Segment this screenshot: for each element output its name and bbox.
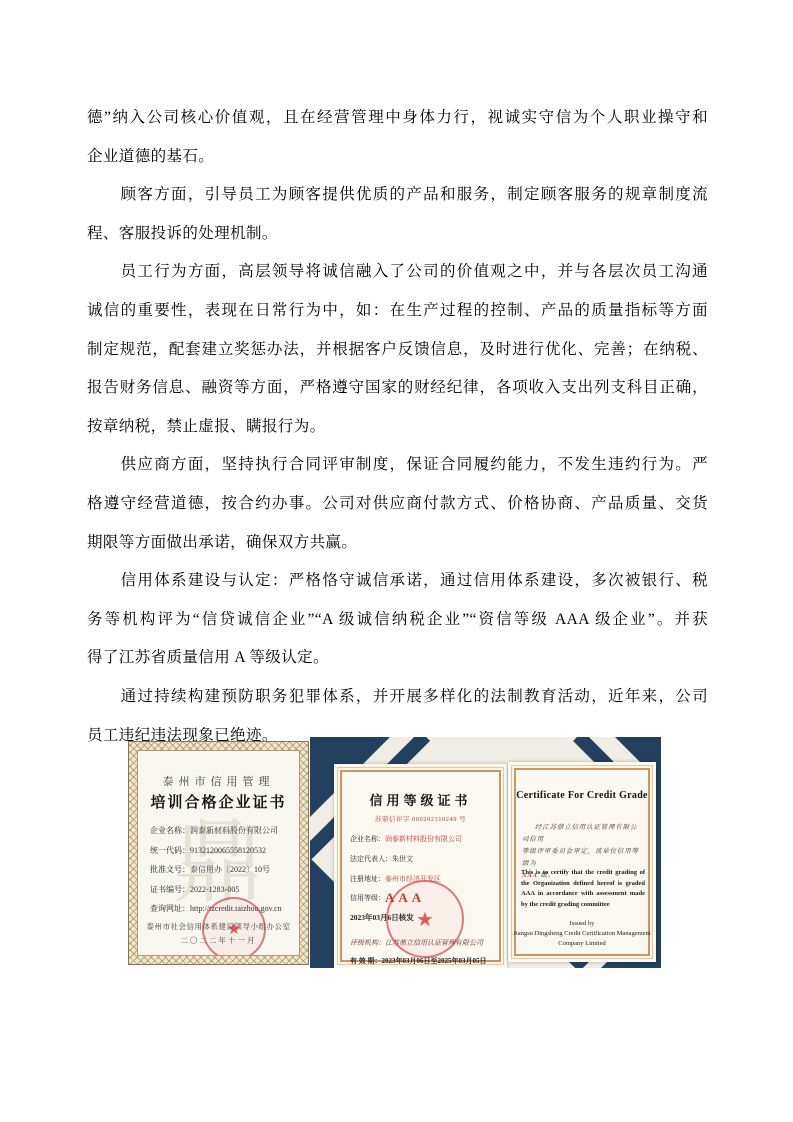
text-line: 信用体系建设与认定：严格恪守诚信承诺，通过信用体系建设，多次被银行、税: [87, 562, 708, 601]
validity-line: 有 效 期：2023年03月06日至2025年03月05日: [350, 956, 501, 966]
issuer-name-line1: Jiangsu Dingsheng Credit Certification M…: [508, 930, 656, 937]
field-value: 润泰新材料股份有限公司: [385, 835, 462, 843]
field-row: 查询网址：http://tzcredit.taizhou.gov.cn: [150, 899, 293, 919]
credit-grade-certificate-en: Certificate For Credit Grade 经江苏鼎立信用认证管理…: [508, 762, 656, 962]
field-label: 注册地址：: [350, 875, 385, 883]
field-label: 查询网址：: [150, 904, 190, 913]
issuer-name-line2: Company Limited: [508, 940, 656, 947]
text-line: 通过持续构建预防职务犯罪体系，并开展多样化的法制教育活动，近年来，公司: [87, 678, 708, 717]
field-value: 泰州市经济开发区: [385, 875, 441, 883]
rating-agency-line: 评级机构：江苏鼎立信用认证管理有限公司: [350, 938, 499, 948]
statement-line: 等级评审委员会审定，该单位信用等级为: [522, 848, 639, 867]
field-label: 法定代表人：: [350, 855, 392, 863]
field-value: http://tzcredit.taizhou.gov.cn: [190, 904, 282, 913]
certificate-serial: 苏鼎信评字 000202310249 号: [334, 814, 507, 823]
field-label: 信用等级：: [350, 894, 385, 902]
field-row: 法定代表人：朱世文: [350, 854, 495, 864]
text-line: 员工行为方面，高层领导将诚信融入了公司的价值观之中，并与各层次员工沟通: [87, 253, 708, 292]
credit-grade-value: AAA: [385, 890, 425, 905]
field-row: 证书编号：2022-1283-005: [150, 880, 293, 900]
field-label: 企业名称：: [350, 835, 385, 843]
field-label: 统一代码：: [150, 846, 190, 855]
text-line: 顾客方面，引导员工为顾客提供优质的产品和服务，制定顾客服务的规章制度流: [87, 176, 708, 215]
text-line: 按章纳税，禁止虚报、瞒报行为。: [87, 408, 708, 447]
text-line: 得了江苏省质量信用 A 等级认定。: [87, 639, 708, 678]
text-line: 制定规范，配套建立奖惩办法，并根据客户反馈信息，及时进行优化、完善；在纳税、: [87, 331, 708, 370]
text-line: 格遵守经营道德，按合约办事。公司对供应商付款方式、价格协商、产品质量、交货: [87, 485, 708, 524]
certificate-title-main: 培训合格企业证书: [138, 791, 299, 812]
issuing-office: 泰州市社会信用体系建设领导小组办公室: [138, 921, 299, 932]
rating-agency-label: 评级机构：: [350, 939, 385, 947]
certificate-title: 信用等级证书: [334, 790, 507, 809]
certificate-title-en: Certificate For Credit Grade: [508, 790, 656, 801]
text-line: 程、客服投诉的处理机制。: [87, 215, 708, 254]
issue-date-line: 2023年03月6日核发: [350, 912, 414, 923]
document-page: 德”纳入公司核心价值观，且在经营管理中身体力行，视诚实守信为个人职业操守和 企业…: [0, 0, 793, 1122]
field-row: 批准文号：泰信用办〔2022〕10号: [150, 860, 293, 880]
certificate-fields: 企业名称：润泰新材料股份有限公司 统一代码：913212006555812053…: [150, 821, 293, 919]
credit-certificates-photo: 信用等级证书 苏鼎信评字 000202310249 号 企业名称：润泰新材料股份…: [310, 737, 661, 968]
stamp-star-icon: ★: [416, 907, 434, 932]
text-line: 德”纳入公司核心价值观，且在经营管理中身体力行，视诚实守信为个人职业操守和: [87, 99, 708, 138]
certificate-title-small: 泰州市信用管理: [138, 773, 299, 789]
rating-agency-name: 江苏鼎立信用认证管理有限公司: [385, 939, 483, 947]
folder-edge: [656, 737, 661, 968]
text-line: 企业道德的基石。: [87, 138, 708, 177]
field-value: 润泰新材料股份有限公司: [190, 826, 278, 835]
field-row: 信用等级：AAA: [350, 890, 495, 906]
field-value: 2022-1283-005: [190, 885, 239, 894]
issue-date: 二〇二二年十一月: [138, 935, 299, 946]
validity-label: 有 效 期：: [350, 957, 382, 965]
field-row: 企业名称：润泰新材料股份有限公司: [350, 834, 495, 844]
credit-grade-certificate-cn: 信用等级证书 苏鼎信评字 000202310249 号 企业名称：润泰新材料股份…: [334, 764, 507, 968]
certificate-inner-frame: 鼎 泰州市信用管理 培训合格企业证书 企业名称：润泰新材料股份有限公司 统一代码…: [137, 750, 300, 956]
issued-by-label: Issued by: [508, 920, 656, 927]
text-line: 诚信的重要性，表现在日常行为中，如：在生产过程的控制、产品的质量指标等方面: [87, 292, 708, 331]
field-value: 朱世文: [392, 855, 413, 863]
field-value: 泰信用办〔2022〕10号: [190, 865, 270, 874]
field-row: 注册地址：泰州市经济开发区: [350, 874, 495, 884]
body-text: 德”纳入公司核心价值观，且在经营管理中身体力行，视诚实守信为个人职业操守和 企业…: [87, 99, 708, 755]
english-statement: This is to certify that the credit gradi…: [521, 868, 645, 910]
validity-value: 2023年03月06日至2025年03月05日: [382, 957, 487, 965]
field-label: 批准文号：: [150, 865, 190, 874]
field-row: 企业名称：润泰新材料股份有限公司: [150, 821, 293, 841]
field-label: 证书编号：: [150, 885, 190, 894]
text-line: 务等机构评为“信贷诚信企业”“A 级诚信纳税企业”“资信等级 AAA 级企业”。…: [87, 601, 708, 640]
field-label: 企业名称：: [150, 826, 190, 835]
text-line: 供应商方面，坚持执行合同评审制度，保证合同履约能力，不发生违约行为。严: [87, 446, 708, 485]
statement-line: 经江苏鼎立信用认证管理有限公司信用: [522, 824, 637, 843]
field-value: 9132120065558120532: [190, 846, 266, 855]
text-line: 期限等方面做出承诺，确保双方共赢。: [87, 524, 708, 563]
field-row: 统一代码：9132120065558120532: [150, 841, 293, 861]
text-line: 报告财务信息、融资等方面，严格遵守国家的财经纪律，各项收入支出列支科目正确，: [87, 369, 708, 408]
taizhou-training-certificate-image: 鼎 泰州市信用管理 培训合格企业证书 企业名称：润泰新材料股份有限公司 统一代码…: [128, 741, 309, 965]
